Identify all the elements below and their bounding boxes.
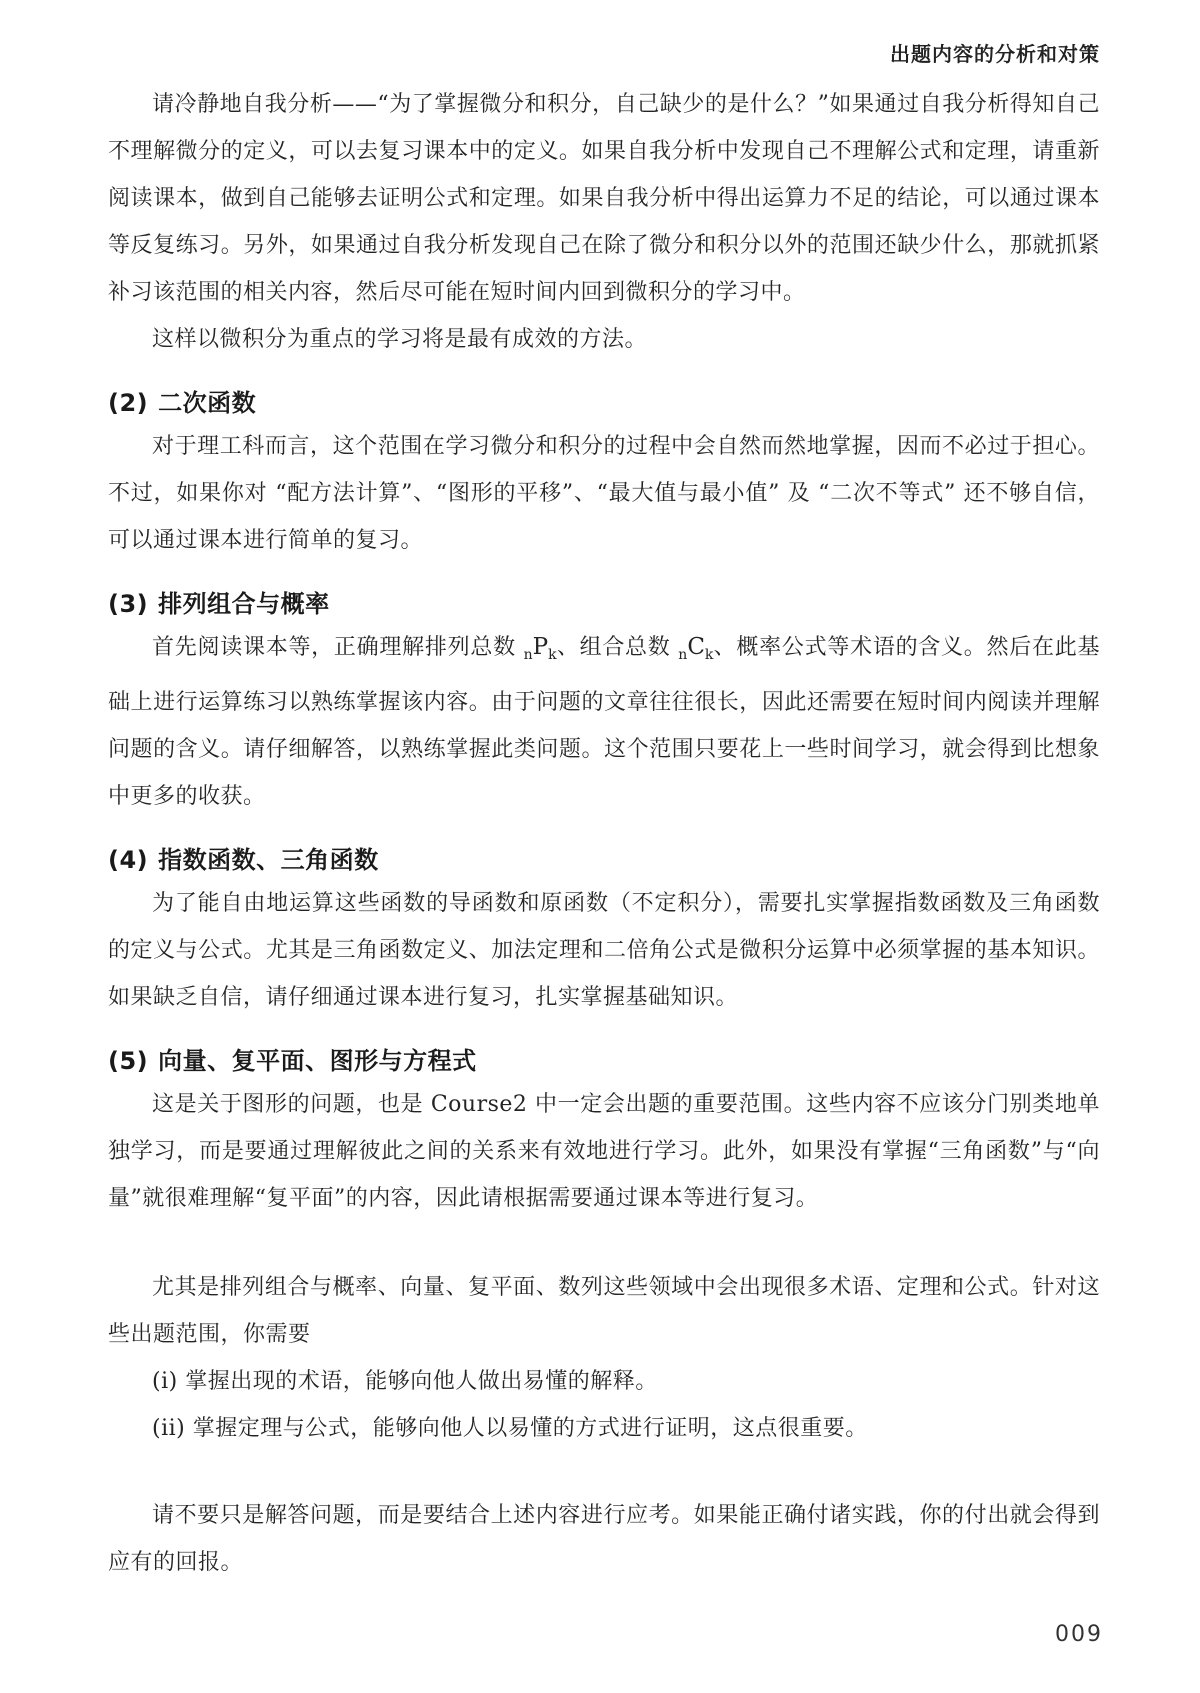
section-title: 二次函数 — [158, 389, 256, 417]
summary-list-item-1: (i) 掌握出现的术语，能够向他人做出易懂的解释。 — [108, 1358, 1100, 1405]
combination-subscript-n: n — [678, 647, 687, 663]
intro-paragraph-1: 请冷静地自我分析——“为了掌握微分和积分，自己缺少的是什么？”如果通过自我分析得… — [108, 81, 1100, 316]
section-4-paragraph: 为了能自由地运算这些函数的导函数和原函数（不定积分），需要扎实掌握指数函数及三角… — [108, 880, 1100, 1021]
running-header-text: 出题内容的分析和对策 — [890, 42, 1100, 66]
section-2-paragraph: 对于理工科而言，这个范围在学习微分和积分的过程中会自然而然地掌握，因而不必过于担… — [108, 423, 1100, 564]
section-heading-5: (5)向量、复平面、图形与方程式 — [108, 1046, 1100, 1076]
section-title: 指数函数、三角函数 — [158, 846, 379, 874]
section-title: 向量、复平面、图形与方程式 — [158, 1047, 477, 1075]
section-number: (5) — [108, 1047, 148, 1075]
section-number: (3) — [108, 590, 148, 618]
section-heading-3: (3)排列组合与概率 — [108, 589, 1100, 619]
permutation-subscript-n: n — [524, 647, 533, 663]
summary-list-item-2: (ii) 掌握定理与公式，能够向他人以易懂的方式进行证明，这点很重要。 — [108, 1405, 1100, 1452]
paragraph-text: 首先阅读课本等，正确理解排列总数 — [152, 635, 524, 660]
section-3-paragraph: 首先阅读课本等，正确理解排列总数 nPk、组合总数 nCk、概率公式等术语的含义… — [108, 624, 1100, 820]
permutation-subscript-k: k — [548, 647, 556, 663]
running-header: 出题内容的分析和对策 — [108, 42, 1100, 66]
paragraph-text: 、概率公式等术语的含义。然后在此基础上进行运算练习以熟练掌握该内容。由于问题的文… — [108, 635, 1100, 809]
closing-paragraph: 请不要只是解答问题，而是要结合上述内容进行应考。如果能正确付诸实践，你的付出就会… — [108, 1492, 1100, 1586]
section-number: (2) — [108, 389, 148, 417]
summary-lead-paragraph: 尤其是排列组合与概率、向量、复平面、数列这些领域中会出现很多术语、定理和公式。针… — [108, 1264, 1100, 1358]
page-number: 009 — [1055, 1622, 1103, 1647]
section-5-paragraph: 这是关于图形的问题，也是 Course2 中一定会出题的重要范围。这些内容不应该… — [108, 1081, 1100, 1222]
section-heading-2: (2)二次函数 — [108, 388, 1100, 418]
document-page: 出题内容的分析和对策 请冷静地自我分析——“为了掌握微分和积分，自己缺少的是什么… — [0, 0, 1200, 1693]
permutation-symbol: P — [533, 634, 548, 660]
paragraph-text: 、组合总数 — [557, 635, 679, 660]
section-heading-4: (4)指数函数、三角函数 — [108, 845, 1100, 875]
section-number: (4) — [108, 846, 148, 874]
intro-paragraph-2: 这样以微积分为重点的学习将是最有成效的方法。 — [108, 316, 1100, 363]
combination-symbol: C — [687, 634, 705, 660]
page-content: 请冷静地自我分析——“为了掌握微分和积分，自己缺少的是什么？”如果通过自我分析得… — [108, 81, 1100, 1586]
section-title: 排列组合与概率 — [158, 590, 330, 618]
